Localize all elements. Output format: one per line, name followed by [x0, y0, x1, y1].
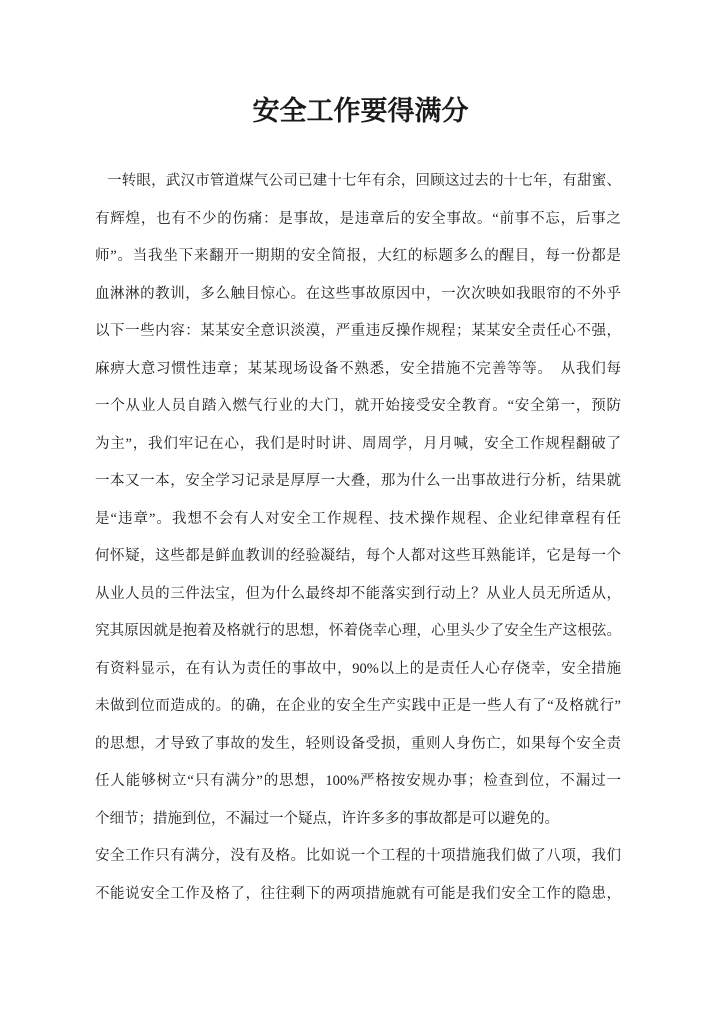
text-line: 以下一些内容：某某安全意识淡漠，严重违反操作规程；某某安全责任心不强， [95, 313, 621, 351]
text-line: 安全工作只有满分，没有及格。比如说一个工程的十项措施我们做了八项，我们 [95, 838, 621, 876]
paragraph: 安全工作只有满分，没有及格。比如说一个工程的十项措施我们做了八项，我们不能说安全… [95, 838, 621, 913]
text-line: 为主”，我们牢记在心，我们是时时讲、周周学，月月喊，安全工作规程翻破了 [95, 426, 621, 464]
text-line: 麻痹大意习惯性违章；某某现场设备不熟悉，安全措施不完善等等。 从我们每 [95, 351, 621, 389]
text-line: 一本又一本，安全学习记录是厚厚一大叠，那为什么一出事故进行分析，结果就 [95, 463, 621, 501]
page: 安全工作要得满分 一转眼，武汉市管道煤气公司已建十七年有余，回顾这过去的十七年，… [0, 0, 721, 1020]
document-title: 安全工作要得满分 [0, 89, 721, 128]
text-line: 一个从业人员自踏入燃气行业的大门，就开始接受安全教育。“安全第一，预防 [95, 388, 621, 426]
text-line: 未做到位而造成的。的确，在企业的安全生产实践中正是一些人有了“及格就行” [95, 688, 621, 726]
text-line: 个细节；措施到位，不漏过一个疑点，许许多多的事故都是可以避免的。 [95, 801, 621, 839]
text-line: 血淋淋的教训，多么触目惊心。在这些事故原因中，一次次映如我眼帘的不外乎 [95, 276, 621, 314]
text-line: 有资料显示，在有认为责任的事故中，90%以上的是责任人心存侥幸，安全措施 [95, 651, 621, 689]
text-line: 究其原因就是抱着及格就行的思想，怀着侥幸心理，心里头少了安全生产这根弦。 [95, 613, 621, 651]
text-line: 是“违章”。我想不会有人对安全工作规程、技术操作规程、企业纪律章程有任 [95, 501, 621, 539]
text-line: 的思想，才导致了事故的发生，轻则设备受损，重则人身伤亡，如果每个安全责 [95, 726, 621, 764]
document-body: 一转眼，武汉市管道煤气公司已建十七年有余，回顾这过去的十七年，有甜蜜、有辉煌，也… [95, 163, 621, 913]
text-line: 师”。当我坐下来翻开一期期的安全简报，大红的标题多么的醒目，每一份都是 [95, 238, 621, 276]
text-line: 从业人员的三件法宝，但为什么最终却不能落实到行动上？从业人员无所适从， [95, 576, 621, 614]
text-line: 有辉煌，也有不少的伤痛：是事故，是违章后的安全事故。“前事不忘，后事之 [95, 201, 621, 239]
text-line: 任人能够树立“只有满分”的思想，100%严格按安规办事；检查到位，不漏过一 [95, 763, 621, 801]
paragraph: 一转眼，武汉市管道煤气公司已建十七年有余，回顾这过去的十七年，有甜蜜、有辉煌，也… [95, 163, 621, 838]
text-line: 不能说安全工作及格了，往往剩下的两项措施就有可能是我们安全工作的隐患， [95, 876, 621, 914]
text-line: 何怀疑，这些都是鲜血教训的经验凝结，每个人都对这些耳熟能详，它是每一个 [95, 538, 621, 576]
text-line: 一转眼，武汉市管道煤气公司已建十七年有余，回顾这过去的十七年，有甜蜜、 [95, 163, 621, 201]
